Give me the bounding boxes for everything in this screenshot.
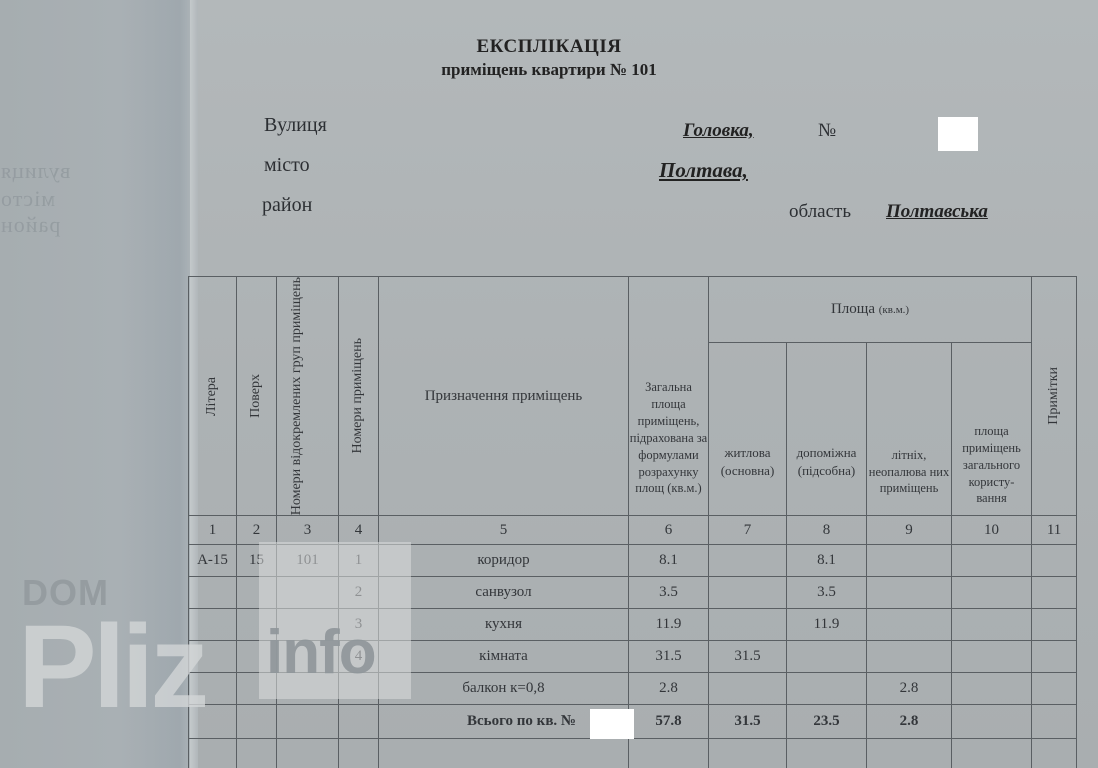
district-label: район: [262, 194, 312, 217]
redacted-apartment-number: [590, 709, 634, 739]
cell-total: 11.9: [629, 609, 709, 641]
column-number: 4: [339, 516, 379, 545]
header-total-area: Загальна площа приміщень, підрахована за…: [629, 277, 709, 516]
header-group-numbers: Номери відокремлених груп приміщень: [277, 277, 339, 516]
total-auxiliary-value: 23.5: [787, 705, 867, 739]
cell-living: [709, 577, 787, 609]
cell-auxiliary: [787, 641, 867, 673]
column-number: 11: [1032, 516, 1077, 545]
cell-purpose: кухня: [379, 609, 629, 641]
cell-auxiliary: [787, 673, 867, 705]
cell-common: [952, 641, 1032, 673]
header-litera: Літера: [189, 277, 237, 516]
cell-common: [952, 545, 1032, 577]
total-summer-value: 2.8: [867, 705, 952, 739]
redacted-house-number: [938, 117, 978, 151]
header-area-group: Площа (кв.м.): [709, 277, 1032, 343]
column-number: 3: [277, 516, 339, 545]
cell-living: [709, 673, 787, 705]
cell-notes: [1032, 545, 1077, 577]
cell-total: 2.8: [629, 673, 709, 705]
cell-summer: [867, 609, 952, 641]
total-notes-value: [1032, 705, 1077, 739]
document-title: ЕКСПЛІКАЦІЯ: [0, 36, 1098, 58]
city-label: місто: [264, 154, 310, 177]
cell-purpose: кімната: [379, 641, 629, 673]
cell-summer: [867, 545, 952, 577]
watermark-pliz: Pliz: [18, 608, 205, 726]
total-common-value: [952, 705, 1032, 739]
cell-common: [952, 609, 1032, 641]
column-number: 10: [952, 516, 1032, 545]
ghost-text: район: [0, 212, 60, 238]
total-row: Всього по кв. № 57.8 31.5 23.5 2.8: [189, 705, 1077, 739]
cell-living: [709, 545, 787, 577]
total-living-value: 31.5: [709, 705, 787, 739]
header-summer: літніх, неопалюва них приміщень: [867, 343, 952, 516]
document-subtitle: приміщень квартири № 101: [0, 60, 1098, 80]
cell-summer: 2.8: [867, 673, 952, 705]
cell-purpose: балкон к=0,8: [379, 673, 629, 705]
cell-purpose: санвузол: [379, 577, 629, 609]
cell-notes: [1032, 641, 1077, 673]
total-area-value: 57.8: [629, 705, 709, 739]
cell-auxiliary: 3.5: [787, 577, 867, 609]
cell-common: [952, 673, 1032, 705]
cell-total: 31.5: [629, 641, 709, 673]
cell-total: 8.1: [629, 545, 709, 577]
column-number: 2: [237, 516, 277, 545]
header-floor: Поверх: [237, 277, 277, 516]
column-number: 7: [709, 516, 787, 545]
number-label: №: [818, 120, 836, 142]
cell-total: 3.5: [629, 577, 709, 609]
column-number: 1: [189, 516, 237, 545]
empty-row: [189, 739, 1077, 768]
cell-common: [952, 577, 1032, 609]
header-common: площа приміщень загального користу- ванн…: [952, 343, 1032, 516]
header-notes: Примітки: [1032, 277, 1077, 516]
header-living: житлова (основна): [709, 343, 787, 516]
region-value: Полтавська: [886, 201, 988, 223]
region-label: область: [789, 201, 851, 223]
city-value: Полтава,: [659, 158, 748, 183]
ghost-text: місто: [0, 186, 55, 212]
cell-summer: [867, 641, 952, 673]
street-value: Головка,: [683, 120, 754, 142]
ghost-text: вулиця: [0, 158, 70, 184]
cell-auxiliary: 8.1: [787, 545, 867, 577]
column-number: 9: [867, 516, 952, 545]
column-number: 8: [787, 516, 867, 545]
total-label: Всього по кв. №: [379, 705, 629, 739]
header-auxiliary: допоміжна (підсобна): [787, 343, 867, 516]
column-number: 5: [379, 516, 629, 545]
watermark-info: info: [266, 622, 376, 684]
cell-summer: [867, 577, 952, 609]
cell-living: 31.5: [709, 641, 787, 673]
header-purpose: Призначення приміщень: [379, 277, 629, 516]
cell-purpose: коридор: [379, 545, 629, 577]
cell-litera: А-15: [189, 545, 237, 577]
column-number: 6: [629, 516, 709, 545]
cell-auxiliary: 11.9: [787, 609, 867, 641]
cell-notes: [1032, 609, 1077, 641]
header-room-numbers: Номери приміщень: [339, 277, 379, 516]
cell-living: [709, 609, 787, 641]
cell-notes: [1032, 673, 1077, 705]
column-number-row: 1234567891011: [189, 516, 1077, 545]
cell-notes: [1032, 577, 1077, 609]
street-label: Вулиця: [264, 114, 327, 137]
